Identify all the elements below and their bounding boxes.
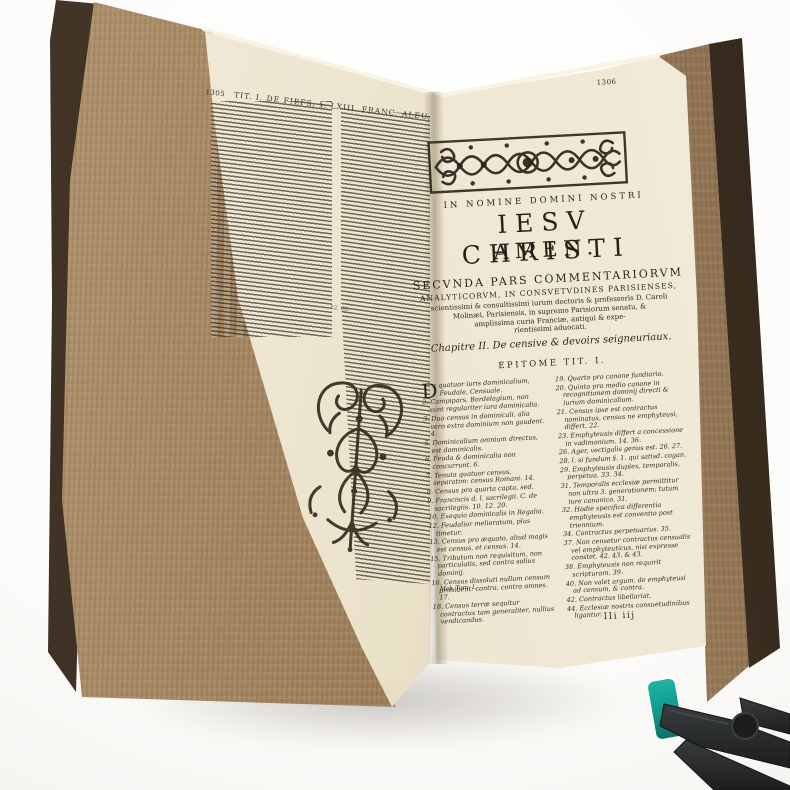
clamp [612,616,790,790]
photo-of-open-antique-book: 1305 TIT. I. DE FIEFS, §. LXIII. FRANC. … [0,0,790,790]
clamp-pivot-knob [732,713,758,739]
